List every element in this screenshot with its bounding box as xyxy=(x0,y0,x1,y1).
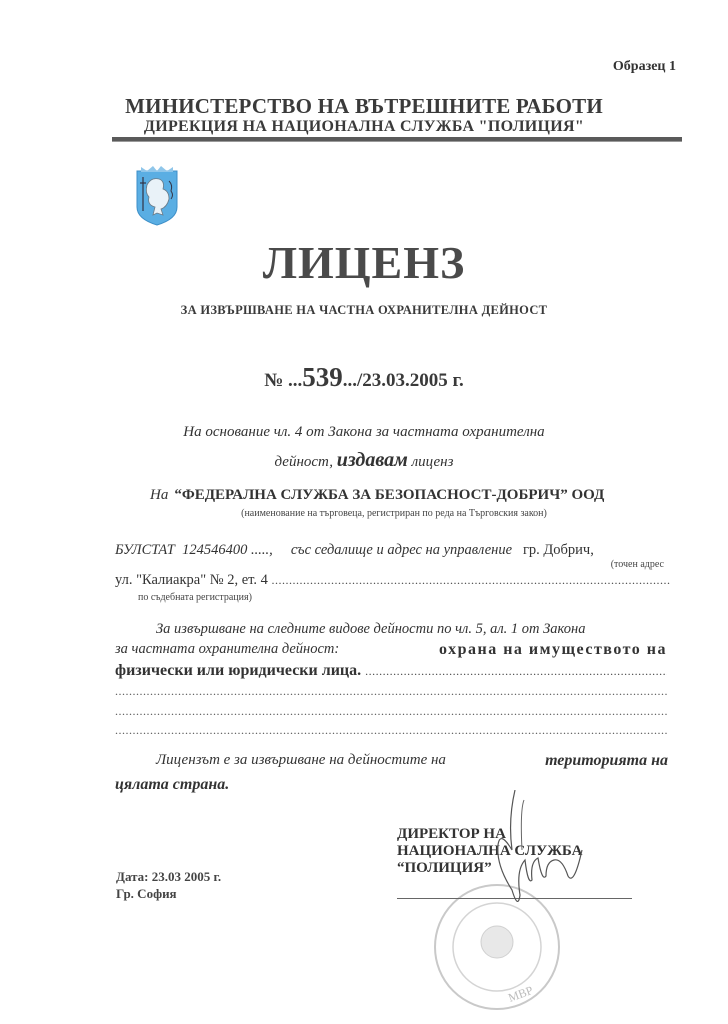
activities-line-3: физически или юридически лица. .........… xyxy=(115,662,667,680)
activities-line-2: за частната охранителна дейност:охрана н… xyxy=(115,641,667,659)
address-note-2: по съдебната регистрация) xyxy=(138,592,252,603)
legal-basis-line-1: На основание чл. 4 от Закона за частната… xyxy=(0,424,728,441)
bulstat-line: БУЛСТАТ 124546400 ....., със седалище и … xyxy=(115,542,670,559)
sample-label: Образец 1 xyxy=(613,59,676,75)
signature-icon xyxy=(470,790,620,930)
activity-dots: ........................................… xyxy=(365,664,667,678)
address-line: ул. "Калиакра" № 2, ет. 4 ..............… xyxy=(115,572,670,589)
activity-part-1: охрана на имуществото на xyxy=(439,641,667,659)
legal-basis-text: дейност, xyxy=(275,454,337,470)
activity-part-2: физически или юридически лица. xyxy=(115,662,361,679)
directorate-heading: ДИРЕКЦИЯ НА НАЦИОНАЛНА СЛУЖБА "ПОЛИЦИЯ" xyxy=(0,118,728,136)
activities-intro-2: за частната охранителна дейност: xyxy=(115,641,339,659)
territory-line-1: Лицензът е за извършване на дейностите н… xyxy=(156,752,668,770)
issue-date: Дата: 23.03 2005 г. xyxy=(116,869,221,885)
bulstat-label: БУЛСТАТ xyxy=(115,542,175,558)
territory-text: Лицензът е за извършване на дейностите н… xyxy=(156,752,446,770)
legal-basis-line-2: дейност, издавам лиценз xyxy=(0,449,728,472)
document-subtitle: ЗА ИЗВЪРШВАНЕ НА ЧАСТНА ОХРАНИТЕЛНА ДЕЙН… xyxy=(0,303,728,318)
company-name: “ФЕДЕРАЛНА СЛУЖБА ЗА БЕЗОПАСНОСТ-ДОБРИЧ”… xyxy=(174,487,604,503)
ministry-heading: МИНИСТЕРСТВО НА ВЪТРЕШНИТЕ РАБОТИ xyxy=(0,94,728,119)
dotted-line-3: ........................................… xyxy=(115,723,667,738)
license-number-suffix: .../23.03.2005 г. xyxy=(343,370,464,391)
territory-bold-1: територията на xyxy=(545,752,668,770)
license-number: № ...539.../23.03.2005 г. xyxy=(0,362,728,393)
seat-city: гр. Добрич, xyxy=(523,542,594,558)
issue-verb: издавам xyxy=(337,449,408,471)
dotted-line-1: ........................................… xyxy=(115,684,667,699)
license-number-prefix: № ... xyxy=(264,370,302,391)
seat-label: със седалище и адрес на управление xyxy=(291,542,512,558)
coat-of-arms-icon xyxy=(133,163,181,227)
legal-basis-tail: лиценз xyxy=(408,454,454,470)
territory-bold-2: цялата страна. xyxy=(115,776,229,794)
company-prefix: На xyxy=(150,487,168,503)
company-line: На“ФЕДЕРАЛНА СЛУЖБА ЗА БЕЗОПАСНОСТ-ДОБРИ… xyxy=(150,487,604,504)
document-title: ЛИЦЕНЗ xyxy=(0,236,728,289)
activities-intro-1: За извършване на следните видове дейност… xyxy=(156,621,585,638)
address-dots: ........................................… xyxy=(272,573,670,587)
svg-text:МВР: МВР xyxy=(506,983,535,1005)
company-note: (наименование на търговеца, регистриран … xyxy=(0,508,728,519)
issue-city: Гр. София xyxy=(116,886,177,902)
dotted-line-2: ........................................… xyxy=(115,704,667,719)
header-rule xyxy=(112,137,682,142)
address-value: ул. "Калиакра" № 2, ет. 4 xyxy=(115,572,268,588)
license-number-value: 539 xyxy=(302,362,343,392)
bulstat-value: 124546400 ....., xyxy=(182,542,273,558)
address-note-1: (точен адрес xyxy=(611,559,664,570)
